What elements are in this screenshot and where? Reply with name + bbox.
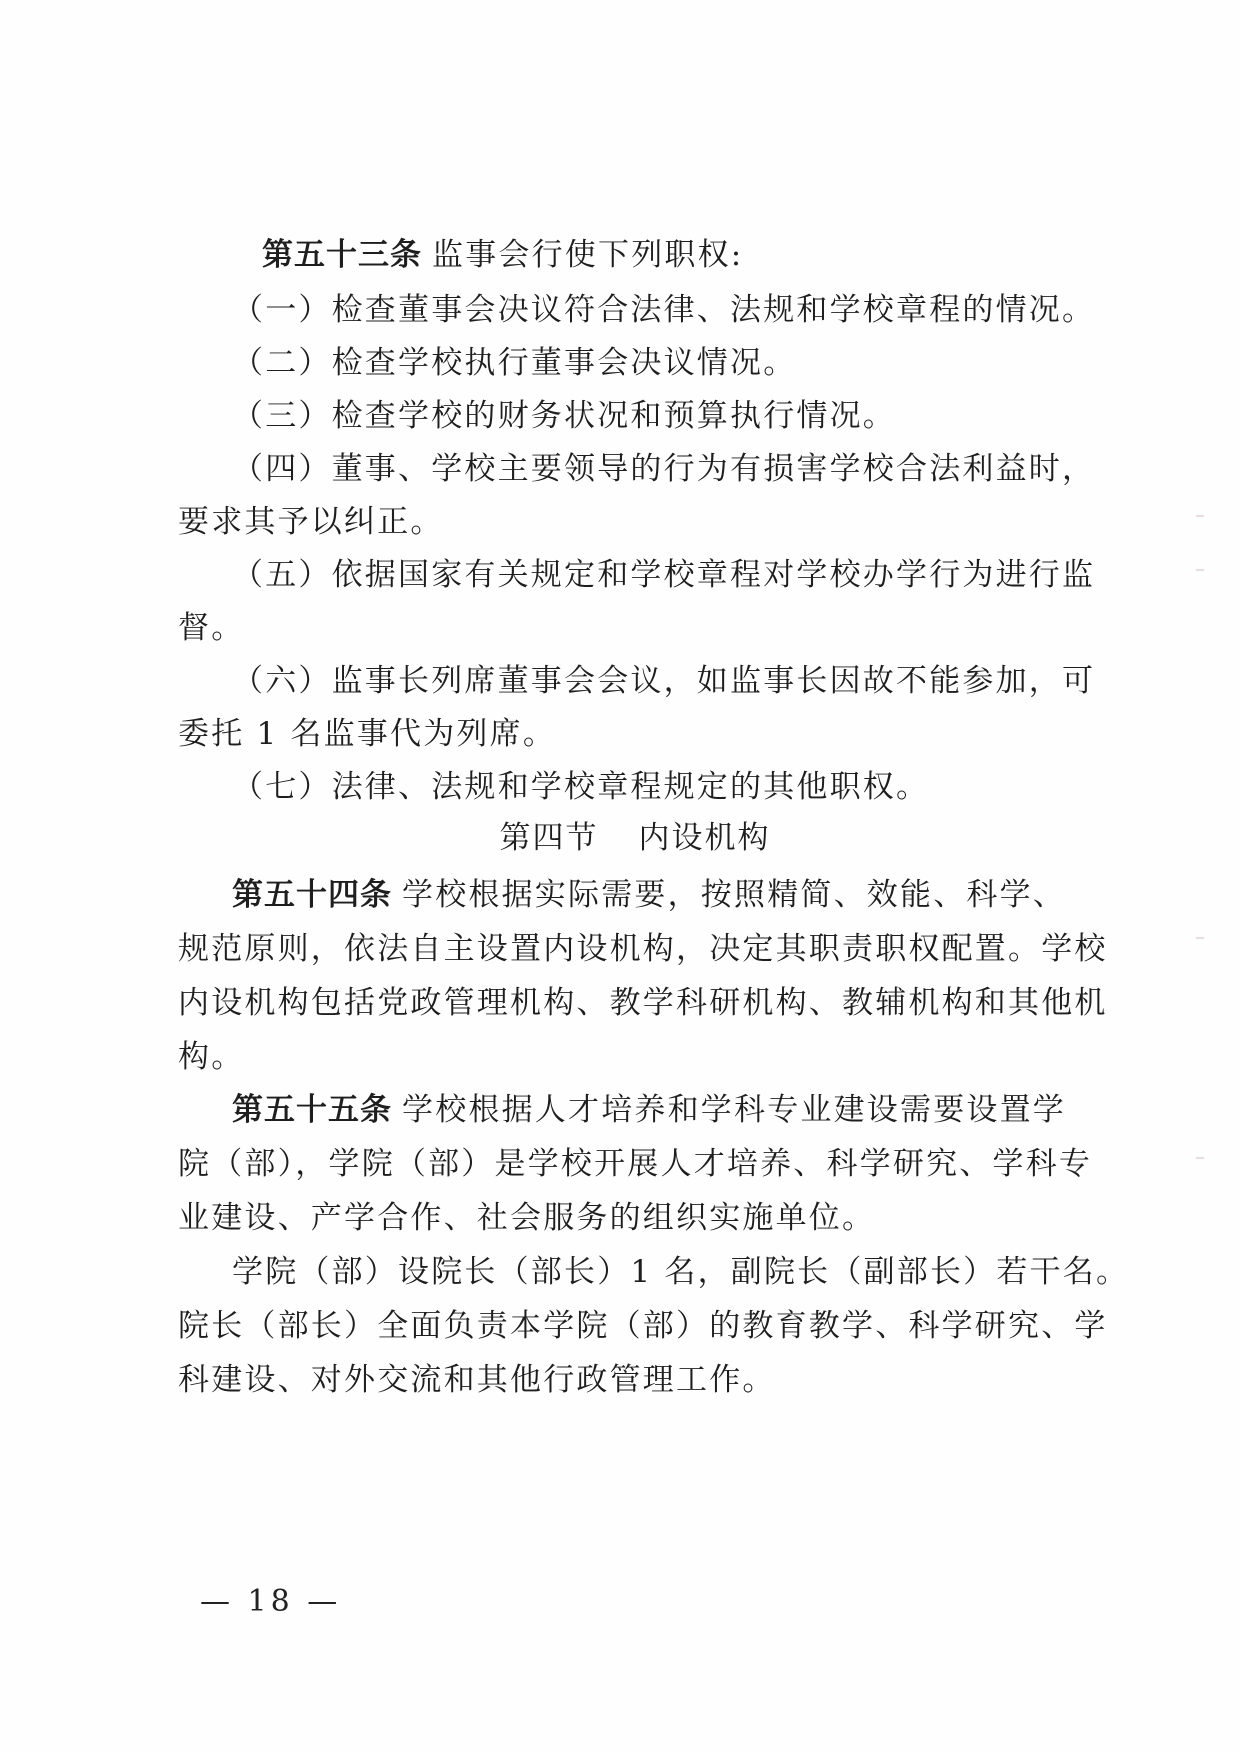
article-55-para2-line-3: 科建设、对外交流和其他行政管理工作。 xyxy=(178,1360,776,1400)
section-title: 第四节内设机构 xyxy=(0,818,1240,858)
document-page: 第五十三条监事会行使下列职权: （一）检查董事会决议符合法律、法规和学校章程的情… xyxy=(0,0,1240,1753)
article-54-line-1: 第五十四条学校根据实际需要，按照精简、效能、科学、 xyxy=(232,875,1066,915)
section-label: 第四节 xyxy=(500,820,599,856)
article-54-line-4: 构。 xyxy=(178,1037,244,1077)
article-55-para2-line-1: 学院（部）设院长（部长）1 名，副院长（副部长）若干名。 xyxy=(232,1252,1129,1292)
article-55-line-1: 第五十五条学校根据人才培养和学科专业建设需要设置学 xyxy=(232,1090,1066,1130)
article-55-para2-line-2: 院长（部长）全面负责本学院（部）的教育教学、科学研究、学 xyxy=(178,1306,1108,1346)
article-53-item-6: （六）监事长列席董事会会议，如监事长因故不能参加，可 xyxy=(232,661,1095,701)
article-53-heading-line: 第五十三条监事会行使下列职权: xyxy=(262,235,743,275)
article-53-item-3: （三）检查学校的财务状况和预算执行情况。 xyxy=(232,396,896,436)
article-54-text-1: 学校根据实际需要，按照精简、效能、科学、 xyxy=(402,877,1066,913)
page-number: — 18 — xyxy=(200,1582,341,1622)
scan-mark xyxy=(1196,1157,1204,1159)
article-55-heading: 第五十五条 xyxy=(232,1092,392,1128)
article-53-item-6-cont: 委托 1 名监事代为列席。 xyxy=(178,714,556,754)
article-55-text-1: 学校根据人才培养和学科专业建设需要设置学 xyxy=(402,1092,1066,1128)
article-53-item-5-cont: 督。 xyxy=(178,608,244,648)
article-53-item-7: （七）法律、法规和学校章程规定的其他职权。 xyxy=(232,767,929,807)
scan-mark xyxy=(1196,515,1204,517)
article-53-item-4-cont: 要求其予以纠正。 xyxy=(178,502,444,542)
article-53-heading: 第五十三条 xyxy=(262,237,422,273)
article-54-heading: 第五十四条 xyxy=(232,877,392,913)
article-53-item-4: （四）董事、学校主要领导的行为有损害学校合法利益时， xyxy=(232,449,1095,489)
article-54-line-2: 规范原则，依法自主设置内设机构，决定其职责职权配置。学校 xyxy=(178,929,1108,969)
section-name: 内设机构 xyxy=(639,820,771,856)
scan-mark xyxy=(1196,569,1204,571)
article-53-item-2: （二）检查学校执行董事会决议情况。 xyxy=(232,343,796,383)
article-55-line-3: 业建设、产学合作、社会服务的组织实施单位。 xyxy=(178,1198,875,1238)
article-53-intro: 监事会行使下列职权: xyxy=(432,237,743,273)
article-55-line-2: 院（部），学院（部）是学校开展人才培养、科学研究、学科专 xyxy=(178,1144,1092,1184)
article-53-item-1: （一）检查董事会决议符合法律、法规和学校章程的情况。 xyxy=(232,290,1095,330)
article-54-line-3: 内设机构包括党政管理机构、教学科研机构、教辅机构和其他机 xyxy=(178,983,1108,1023)
scan-mark xyxy=(1196,937,1204,939)
article-53-item-5: （五）依据国家有关规定和学校章程对学校办学行为进行监 xyxy=(232,555,1095,595)
